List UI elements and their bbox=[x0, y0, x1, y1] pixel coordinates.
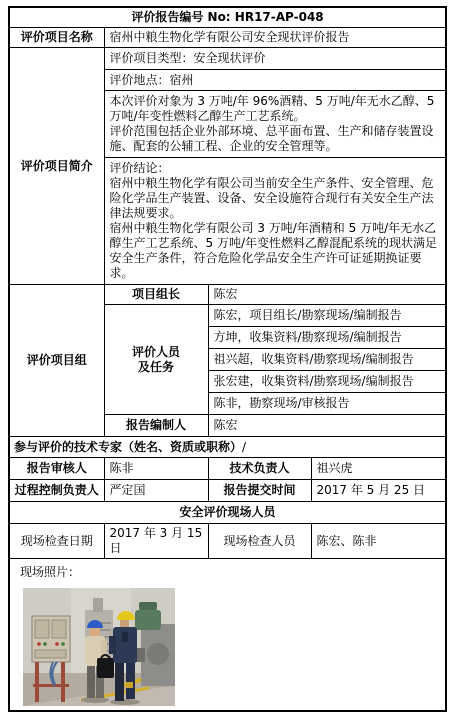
report-reviewer-value: 陈非 bbox=[104, 458, 208, 480]
team-members-label: 评价人员 及任务 bbox=[104, 305, 208, 415]
photo-panel-button bbox=[61, 642, 65, 646]
team-member-row: 陈非，勘察现场/审核报告 bbox=[208, 393, 446, 415]
report-writer-label: 报告编制人 bbox=[104, 415, 208, 437]
team-member-row: 张宏建，收集资料/勘察现场/编制报告 bbox=[208, 371, 446, 393]
photo-machine-green-top bbox=[139, 602, 157, 610]
photo-knee-patch bbox=[126, 682, 133, 688]
team-member-row: 祖兴超，收集资料/勘察现场/编制报告 bbox=[208, 349, 446, 371]
project-name-value: 宿州中粮生物化学有限公司安全现状评价报告 bbox=[104, 28, 446, 48]
team-members-label-line2: 及任务 bbox=[108, 360, 205, 375]
process-control-label: 过程控制负责人 bbox=[9, 480, 104, 502]
conclusion-title: 评价结论： bbox=[110, 161, 441, 176]
experts-label: 参与评价的技术专家（姓名、资质或职称） bbox=[14, 440, 242, 454]
experts-row: 参与评价的技术专家（姓名、资质或职称）/ bbox=[9, 437, 446, 458]
photo-shadow bbox=[110, 699, 140, 705]
site-photo-row: 现场照片： bbox=[9, 559, 446, 712]
site-section-title: 安全评价现场人员 bbox=[9, 502, 446, 524]
project-type-line: 评价项目类型：安全现状评价 bbox=[104, 48, 446, 70]
scope-sentence-2: 评价范围包括企业外部环境、总平面布置、生产和储存装置设施、配套的公辅工程、企业的… bbox=[110, 124, 441, 154]
project-location-line: 评价地点：宿州 bbox=[104, 70, 446, 91]
photo-leg bbox=[126, 663, 135, 699]
site-staff-value: 陈宏、陈非 bbox=[311, 524, 446, 559]
photo-jacket-pocket bbox=[122, 632, 128, 642]
photo-panel-button bbox=[55, 642, 59, 646]
scope-sentence-1: 本次评价对象为 3 万吨/年 96%酒精、5 万吨/年无水乙醇、5 万吨/年变性… bbox=[110, 94, 441, 124]
submit-time-label: 报告提交时间 bbox=[208, 480, 311, 502]
tech-lead-label: 技术负责人 bbox=[208, 458, 311, 480]
site-date-value: 2017 年 3 月 15 日 bbox=[104, 524, 208, 559]
overview-conclusion-paragraph: 评价结论： 宿州中粮生物化学有限公司当前安全生产条件、安全管理、危险化学品生产装… bbox=[104, 158, 446, 285]
project-name-label: 评价项目名称 bbox=[9, 28, 104, 48]
photo-arm bbox=[109, 636, 116, 654]
team-member-row: 方坤，收集资料/勘察现场/编制报告 bbox=[208, 327, 446, 349]
experts-value: / bbox=[242, 440, 246, 454]
conclusion-sentence-1: 宿州中粮生物化学有限公司当前安全生产条件、安全管理、危险化学品生产装置、设备、安… bbox=[110, 176, 441, 221]
photo-panel-door bbox=[35, 620, 49, 638]
overview-label: 评价项目简介 bbox=[9, 48, 104, 285]
photo-panel-door bbox=[52, 620, 66, 638]
photo-face bbox=[120, 620, 129, 628]
photo-machine-green bbox=[135, 610, 161, 630]
photo-panel-button bbox=[43, 642, 47, 646]
photo-pipe-leg bbox=[35, 662, 39, 702]
photo-leg bbox=[115, 663, 124, 701]
overview-scope-paragraph: 本次评价对象为 3 万吨/年 96%酒精、5 万吨/年无水乙醇、5 万吨/年变性… bbox=[104, 91, 446, 158]
team-leader-label: 项目组长 bbox=[104, 285, 208, 305]
team-label: 评价项目组 bbox=[9, 285, 104, 437]
photo-black-bag bbox=[97, 658, 114, 678]
submit-time-value: 2017 年 5 月 25 日 bbox=[311, 480, 446, 502]
photo-face bbox=[90, 628, 100, 637]
tech-lead-value: 祖兴虎 bbox=[311, 458, 446, 480]
site-date-label: 现场检查日期 bbox=[9, 524, 104, 559]
evaluation-report-table: 评价报告编号 No: HR17-AP-048 评价项目名称 宿州中粮生物化学有限… bbox=[8, 6, 447, 712]
team-leader-value: 陈宏 bbox=[208, 285, 446, 305]
site-photo-label: 现场照片： bbox=[20, 565, 439, 580]
photo-panel-slot bbox=[35, 650, 66, 658]
team-member-row: 陈宏，项目组长/勘察现场/编制报告 bbox=[208, 305, 446, 327]
photo-pipe-bar bbox=[33, 684, 69, 687]
process-control-value: 严定国 bbox=[104, 480, 208, 502]
site-staff-label: 现场检查人员 bbox=[208, 524, 311, 559]
photo-leg bbox=[87, 666, 95, 698]
site-photo-image bbox=[23, 588, 175, 706]
photo-pipe-leg bbox=[61, 662, 65, 702]
photo-panel-button bbox=[37, 642, 41, 646]
conclusion-sentence-2: 宿州中粮生物化学有限公司 3 万吨/年酒精和 5 万吨/年无水乙醇生产工艺系统、… bbox=[110, 221, 441, 281]
photo-machine-face bbox=[147, 643, 169, 665]
photo-stair-post bbox=[93, 598, 103, 612]
report-writer-value: 陈宏 bbox=[208, 415, 446, 437]
report-reviewer-label: 报告审核人 bbox=[9, 458, 104, 480]
report-number-header: 评价报告编号 No: HR17-AP-048 bbox=[9, 7, 446, 28]
team-members-label-line1: 评价人员 bbox=[108, 345, 205, 360]
